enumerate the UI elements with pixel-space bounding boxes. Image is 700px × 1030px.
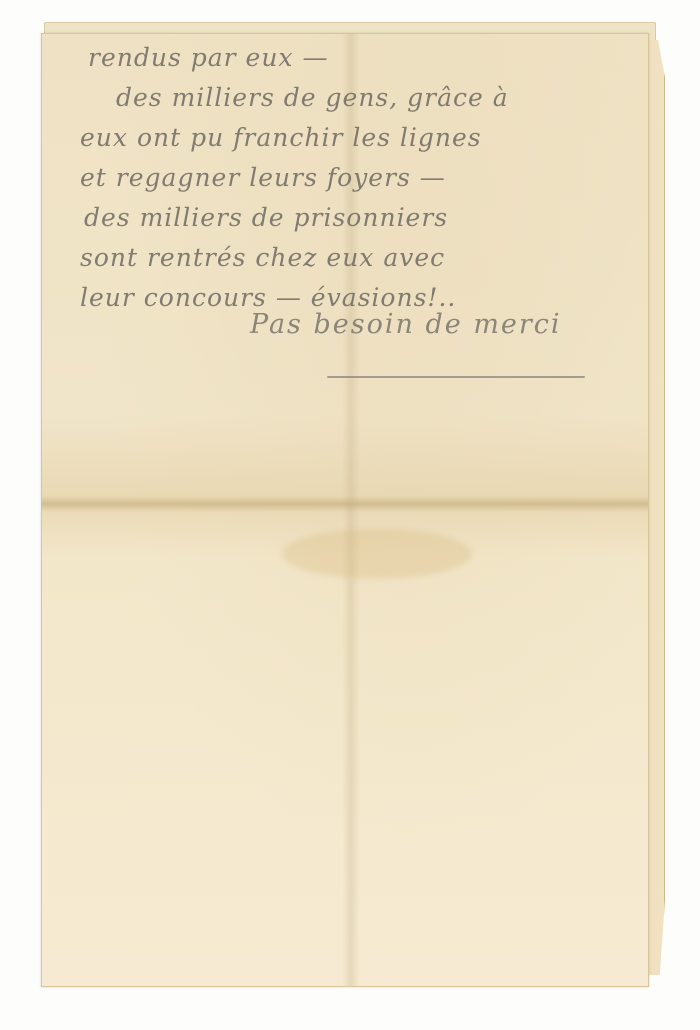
text-line: eux ont pu franchir les lignes	[80, 118, 650, 158]
horizontal-fold-crease	[42, 496, 648, 512]
letter-page: rendus par eux — des milliers de gens, g…	[41, 33, 649, 987]
water-stain	[282, 529, 472, 579]
closing-line: Pas besoin de merci	[250, 309, 562, 340]
closing-underline	[327, 376, 585, 378]
text-line: des milliers de prisonniers	[80, 198, 650, 238]
text-line: sont rentrés chez eux avec	[80, 238, 650, 278]
text-line: des milliers de gens, grâce à	[80, 78, 650, 118]
text-line: rendus par eux —	[80, 38, 650, 78]
text-line: et regagner leurs foyers —	[80, 158, 650, 198]
handwritten-text: rendus par eux — des milliers de gens, g…	[80, 38, 650, 318]
